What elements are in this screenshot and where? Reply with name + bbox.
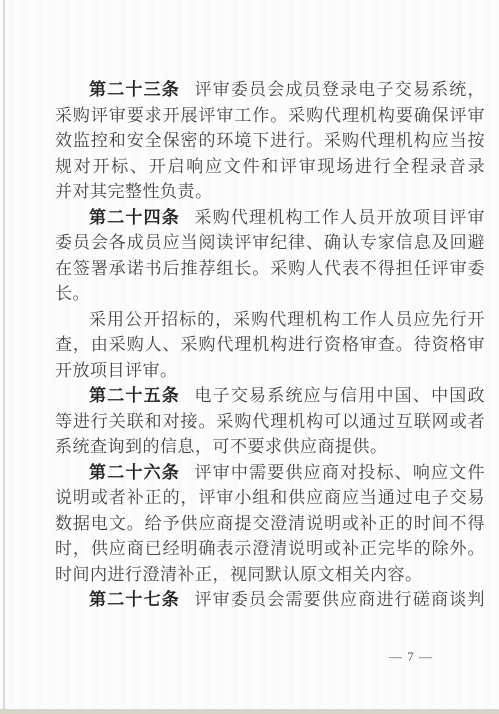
line-text: 在签署承诺书后推荐组长。采购人代表不得担任评审委员会组 <box>55 259 485 282</box>
text-line: 时间内进行澄清补正，视同默认原文相关内容。 <box>55 562 485 588</box>
article-number: 第二十六条 <box>89 463 180 482</box>
line-text: 委员会各成员应当阅读评审纪律、确认专家信息及回避情况，并 <box>55 233 485 256</box>
page-number: — 7 — <box>389 648 433 666</box>
article-number: 第二十五条 <box>89 386 180 405</box>
line-text: 采购评审要求开展评审工作。采购代理机构要确保评审活动在有 <box>55 106 485 129</box>
text-line: 时，供应商已经明确表示澄清说明或补正完毕的除外。未在规定 <box>55 536 485 562</box>
line-text: 效监控和安全保密的环境下进行。采购代理机构应当按照法律法 <box>55 131 485 154</box>
article-number: 第二十三条 <box>89 80 180 99</box>
line-text: 说明或者补正的，评审小组和供应商应当通过电子交易系统交换 <box>55 488 485 511</box>
text-line: 效监控和安全保密的环境下进行。采购代理机构应当按照法律法 <box>55 128 485 154</box>
document-body: 第二十三条评审委员会成员登录电子交易系统，按照政府 采购评审要求开展评审工作。采… <box>55 77 485 613</box>
text-line: 第二十三条评审委员会成员登录电子交易系统，按照政府 <box>55 77 485 103</box>
line-text: 数据电文。给予供应商提交澄清说明或补正的时间不得少于半小 <box>55 514 485 537</box>
text-line: 第二十六条评审中需要供应商对投标、响应文件作出澄清、 <box>55 460 485 486</box>
text-line: 第二十四条采购代理机构工作人员开放项目评审后，评审 <box>55 205 485 231</box>
line-text: 开放项目评审。 <box>55 361 178 380</box>
text-line: 说明或者补正的，评审小组和供应商应当通过电子交易系统交换 <box>55 485 485 511</box>
line-text: 规对开标、开启响应文件和评审现场进行全程录音录像、存档， <box>55 157 485 180</box>
text-line: 开放项目评审。 <box>55 358 485 384</box>
text-line: 第二十五条电子交易系统应与信用中国、中国政府采购网 <box>55 383 485 409</box>
scan-bottom-edge-strip <box>0 709 499 714</box>
line-text: 长。 <box>55 284 90 303</box>
line-text: 并对其完整性负责。 <box>55 182 213 201</box>
document-page: { "page": { "background_color": "#fdfdfe… <box>0 0 499 714</box>
text-line: 采用公开招标的，采购代理机构工作人员应先行开放资格审 <box>55 307 485 333</box>
line-text: 时，供应商已经明确表示澄清说明或补正完毕的除外。未在规定 <box>55 539 485 562</box>
text-line: 第二十七条评审委员会需要供应商进行磋商谈判的，应当 <box>55 587 485 613</box>
text-line: 并对其完整性负责。 <box>55 179 485 205</box>
text-line: 采购评审要求开展评审工作。采购代理机构要确保评审活动在有 <box>55 103 485 129</box>
text-line: 在签署承诺书后推荐组长。采购人代表不得担任评审委员会组 <box>55 256 485 282</box>
article-number: 第二十七条 <box>89 590 180 609</box>
line-text: 系统查询到的信息，可不要求供应商提供。 <box>55 437 388 456</box>
article-number: 第二十四条 <box>89 208 180 227</box>
text-line: 规对开标、开启响应文件和评审现场进行全程录音录像、存档， <box>55 154 485 180</box>
line-text: 时间内进行澄清补正，视同默认原文相关内容。 <box>55 565 423 584</box>
text-line: 查，由采购人、采购代理机构进行资格审查。待资格审查完成后， <box>55 332 485 358</box>
line-text: 等进行关联和对接。采购代理机构可以通过互联网或者相关信息 <box>55 412 485 435</box>
text-line: 系统查询到的信息，可不要求供应商提供。 <box>55 434 485 460</box>
text-line: 数据电文。给予供应商提交澄清说明或补正的时间不得少于半小 <box>55 511 485 537</box>
line-text: 采用公开招标的，采购代理机构工作人员应先行开放资格审 <box>55 310 485 333</box>
page-left-edge-line <box>3 0 5 714</box>
text-line: 委员会各成员应当阅读评审纪律、确认专家信息及回避情况，并 <box>55 230 485 256</box>
text-line: 等进行关联和对接。采购代理机构可以通过互联网或者相关信息 <box>55 409 485 435</box>
line-text: 查，由采购人、采购代理机构进行资格审查。待资格审查完成后， <box>55 335 485 358</box>
text-line: 长。 <box>55 281 485 307</box>
